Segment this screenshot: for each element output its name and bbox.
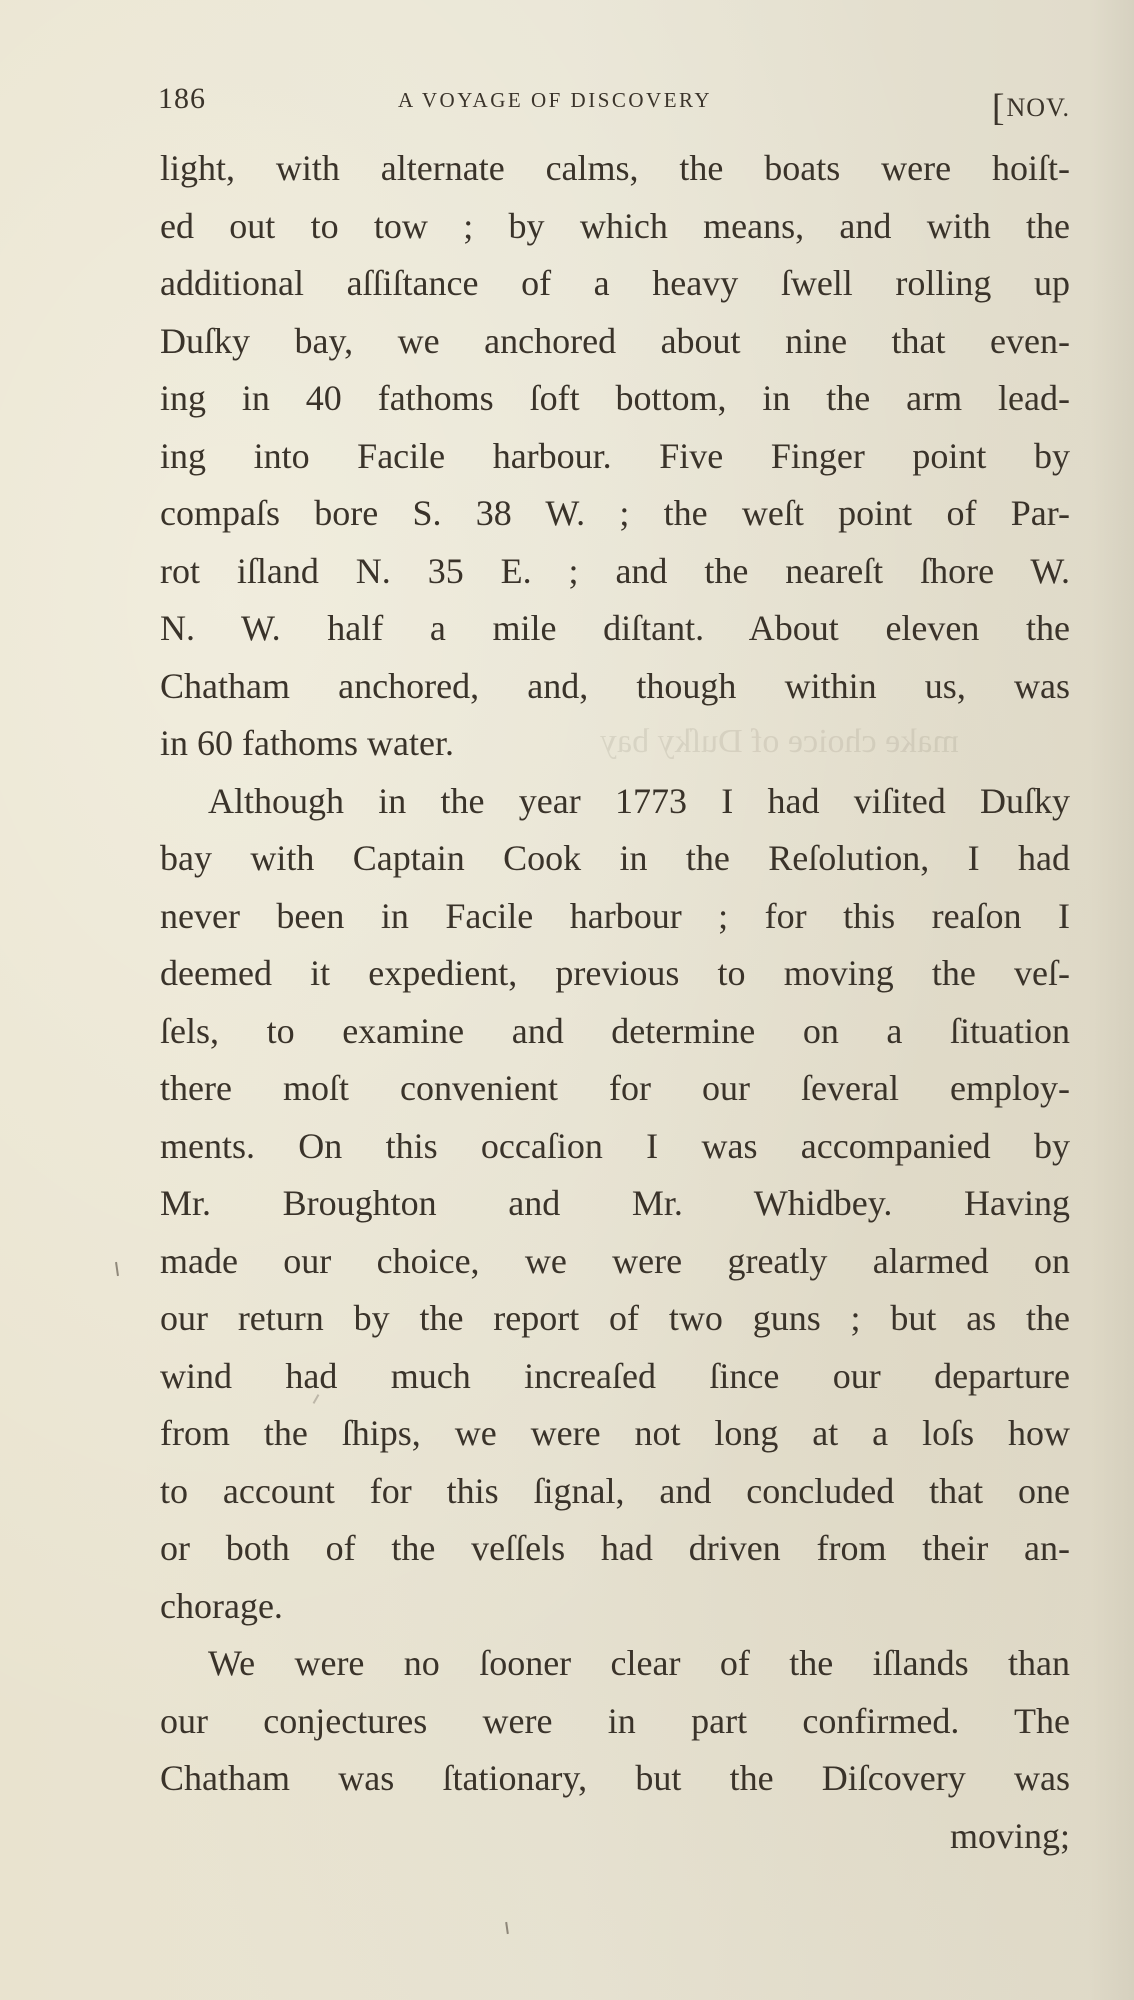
text-line: never been in Facile harbour ; for this … xyxy=(160,888,1070,946)
text-line: Chatham was ſtationary, but the Diſcover… xyxy=(160,1750,1070,1808)
text-line: Duſky bay, we anchored about nine that e… xyxy=(160,313,1070,371)
text-line: our return by the report of two guns ; b… xyxy=(160,1290,1070,1348)
text-line: our conjectures were in part confirmed. … xyxy=(160,1693,1070,1751)
catchword: moving; xyxy=(160,1808,1070,1866)
text-line: ing into Facile harbour. Five Finger poi… xyxy=(160,428,1070,486)
text-line: chorage. xyxy=(160,1578,1070,1636)
text-line: N. W. half a mile diſtant. About eleven … xyxy=(160,600,1070,658)
text-line: light, with alternate calms, the boats w… xyxy=(160,140,1070,198)
text-line: Mr. Broughton and Mr. Whidbey. Having xyxy=(160,1175,1070,1233)
running-title: A VOYAGE OF DISCOVERY xyxy=(398,88,712,113)
text-line: compaſs bore S. 38 W. ; the weſt point o… xyxy=(160,485,1070,543)
paper-speck xyxy=(115,1262,119,1276)
text-line: ed out to tow ; by which means, and with… xyxy=(160,198,1070,256)
text-line: ſels, to examine and determine on a ſitu… xyxy=(160,1003,1070,1061)
text-line: in 60 fathoms water. xyxy=(160,715,1070,773)
text-line: or both of the veſſels had driven from t… xyxy=(160,1520,1070,1578)
text-line: rot iſland N. 35 E. ; and the neareſt ſh… xyxy=(160,543,1070,601)
text-line: wind had much increaſed ſince our depart… xyxy=(160,1348,1070,1406)
running-head: 186 A VOYAGE OF DISCOVERY [NOV. xyxy=(158,82,1070,122)
month-label: NOV. xyxy=(1007,93,1070,122)
text-line: ments. On this occaſion I was accompanie… xyxy=(160,1118,1070,1176)
text-line: to account for this ſignal, and conclude… xyxy=(160,1463,1070,1521)
text-line: deemed it expedient, previous to moving … xyxy=(160,945,1070,1003)
paragraph-start-line: We were no ſooner clear of the iſlands t… xyxy=(160,1635,1070,1693)
book-page: make choice of Duſky bay 186 A VOYAGE OF… xyxy=(0,0,1134,2000)
running-month: [NOV. xyxy=(992,82,1070,126)
text-line: Chatham anchored, and, though within us,… xyxy=(160,658,1070,716)
page-number: 186 xyxy=(158,82,206,116)
text-line: ing in 40 fathoms ſoft bottom, in the ar… xyxy=(160,370,1070,428)
body-text: light, with alternate calms, the boats w… xyxy=(160,140,1070,1865)
text-line: additional aſſiſtance of a heavy ſwell r… xyxy=(160,255,1070,313)
text-line: bay with Captain Cook in the Reſolution,… xyxy=(160,830,1070,888)
text-line: made our choice, we were greatly alarmed… xyxy=(160,1233,1070,1291)
text-line: from the ſhips, we were not long at a lo… xyxy=(160,1405,1070,1463)
month-bracket: [ xyxy=(992,87,1006,129)
text-line: there moſt convenient for our ſeveral em… xyxy=(160,1060,1070,1118)
paragraph-start-line: Although in the year 1773 I had viſited … xyxy=(160,773,1070,831)
paper-speck xyxy=(505,1922,509,1934)
